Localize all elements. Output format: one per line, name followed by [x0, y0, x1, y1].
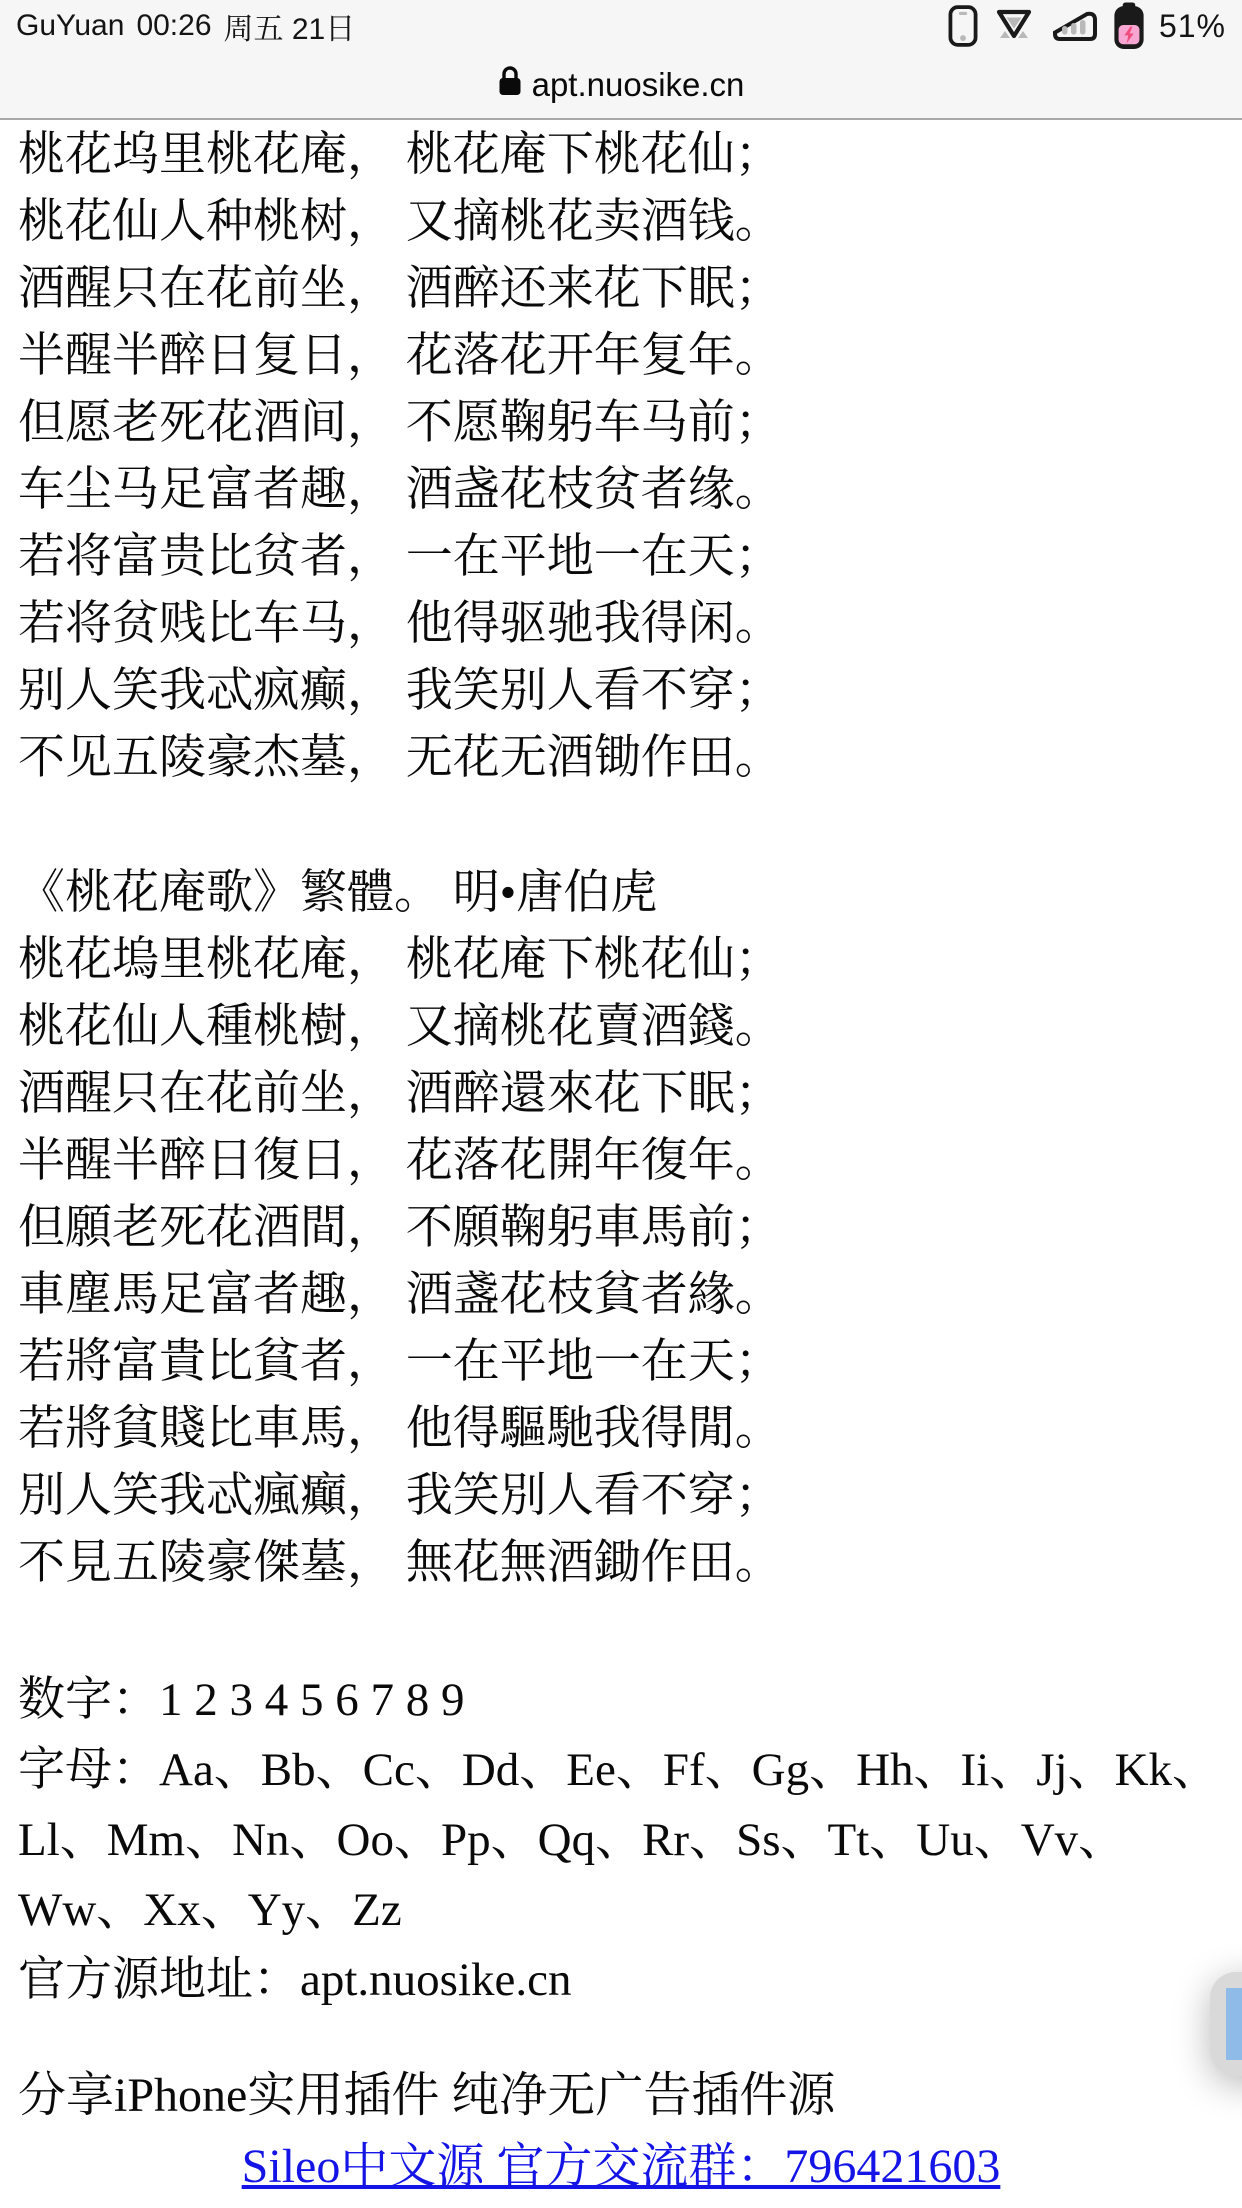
poem-line: 别人笑我忒疯癫， 我笑别人看不穿； [18, 658, 1224, 725]
poem-line: 但願老死花酒間， 不願鞠躬車馬前； [18, 1195, 1224, 1262]
section-gap [18, 792, 1224, 860]
poem-line: 半醒半醉日復日， 花落花開年復年。 [18, 1128, 1224, 1195]
poem-line: 酒醒只在花前坐， 酒醉还来花下眠； [18, 256, 1224, 323]
status-bar: GuYuan 00:26 周五 21日 [0, 0, 1242, 52]
poem-line: 半醒半醉日复日， 花落花开年复年。 [18, 323, 1224, 390]
vpn-shield-icon [991, 5, 1037, 47]
status-bar-right: 51% [947, 2, 1226, 50]
share-tagline: 分享iPhone实用插件 纯净无广告插件源 [18, 2061, 1224, 2131]
url-text: apt.nuosike.cn [532, 66, 745, 104]
carrier-label: GuYuan [16, 9, 124, 43]
poem-line: 桃花塢里桃花庵， 桃花庵下桃花仙； [18, 927, 1224, 994]
poem-simplified: 桃花坞里桃花庵， 桃花庵下桃花仙； 桃花仙人种桃树， 又摘桃花卖酒钱。 酒醒只在… [18, 122, 1224, 792]
poem-traditional-title: 《桃花庵歌》繁體。 明•唐伯虎 [18, 860, 1224, 927]
battery-icon [1111, 2, 1147, 50]
poem-line: 別人笑我忒瘋癲， 我笑別人看不穿； [18, 1463, 1224, 1530]
poem-line: 酒醒只在花前坐， 酒醉還來花下眠； [18, 1061, 1224, 1128]
poem-line: 不见五陵豪杰墓， 无花无酒锄作田。 [18, 725, 1224, 792]
poem-line: 不見五陵豪傑墓， 無花無酒鋤作田。 [18, 1530, 1224, 1597]
footer-link-row: Sileo中文源 官方交流群：796421603 [18, 2131, 1224, 2203]
phone-icon [947, 4, 979, 48]
date-label: 周五 21日 [224, 4, 356, 48]
numbers-sample: 数字：1 2 3 4 5 6 7 8 9 [18, 1665, 1224, 1735]
poem-line: 若將貧賤比車馬， 他得驅馳我得閒。 [18, 1396, 1224, 1463]
floating-assistive-button[interactable] [1210, 1972, 1242, 2076]
status-bar-left: GuYuan 00:26 周五 21日 [16, 4, 947, 48]
poem-line: 若将贫贱比车马， 他得驱驰我得闲。 [18, 591, 1224, 658]
letters-sample: 字母：Aa、Bb、Cc、Dd、Ee、Ff、Gg、Hh、Ii、Jj、Kk、Ll、M… [18, 1735, 1224, 1945]
page-content: 桃花坞里桃花庵， 桃花庵下桃花仙； 桃花仙人种桃树， 又摘桃花卖酒钱。 酒醒只在… [0, 120, 1242, 2203]
poem-line: 但愿老死花酒间， 不愿鞠躬车马前； [18, 390, 1224, 457]
font-samples: 数字：1 2 3 4 5 6 7 8 9 字母：Aa、Bb、Cc、Dd、Ee、F… [18, 1665, 1224, 2015]
poem-line: 若将富贵比贫者， 一在平地一在天； [18, 524, 1224, 591]
clock-label: 00:26 [136, 9, 211, 43]
signal-icon [1049, 7, 1099, 45]
poem-line: 车尘马足富者趣， 酒盏花枝贫者缘。 [18, 457, 1224, 524]
poem-line: 桃花仙人种桃树， 又摘桃花卖酒钱。 [18, 189, 1224, 256]
poem-line: 若將富貴比貧者， 一在平地一在天； [18, 1329, 1224, 1396]
poem-line: 車塵馬足富者趣， 酒盞花枝貧者緣。 [18, 1262, 1224, 1329]
section-gap [18, 1597, 1224, 1665]
poem-line: 桃花仙人種桃樹， 又摘桃花賣酒錢。 [18, 994, 1224, 1061]
address-bar[interactable]: apt.nuosike.cn [0, 52, 1242, 120]
sileo-group-link[interactable]: Sileo中文源 官方交流群：796421603 [242, 2140, 1001, 2193]
poem-traditional: 《桃花庵歌》繁體。 明•唐伯虎 桃花塢里桃花庵， 桃花庵下桃花仙； 桃花仙人種桃… [18, 860, 1224, 1597]
poem-line: 桃花坞里桃花庵， 桃花庵下桃花仙； [18, 122, 1224, 189]
official-source-line: 官方源地址：apt.nuosike.cn [18, 1945, 1224, 2015]
lock-icon [498, 65, 522, 105]
battery-percent-label: 51% [1159, 8, 1226, 45]
floating-assistive-button-inner [1226, 1988, 1242, 2060]
phone-screen: GuYuan 00:26 周五 21日 [0, 0, 1242, 2208]
